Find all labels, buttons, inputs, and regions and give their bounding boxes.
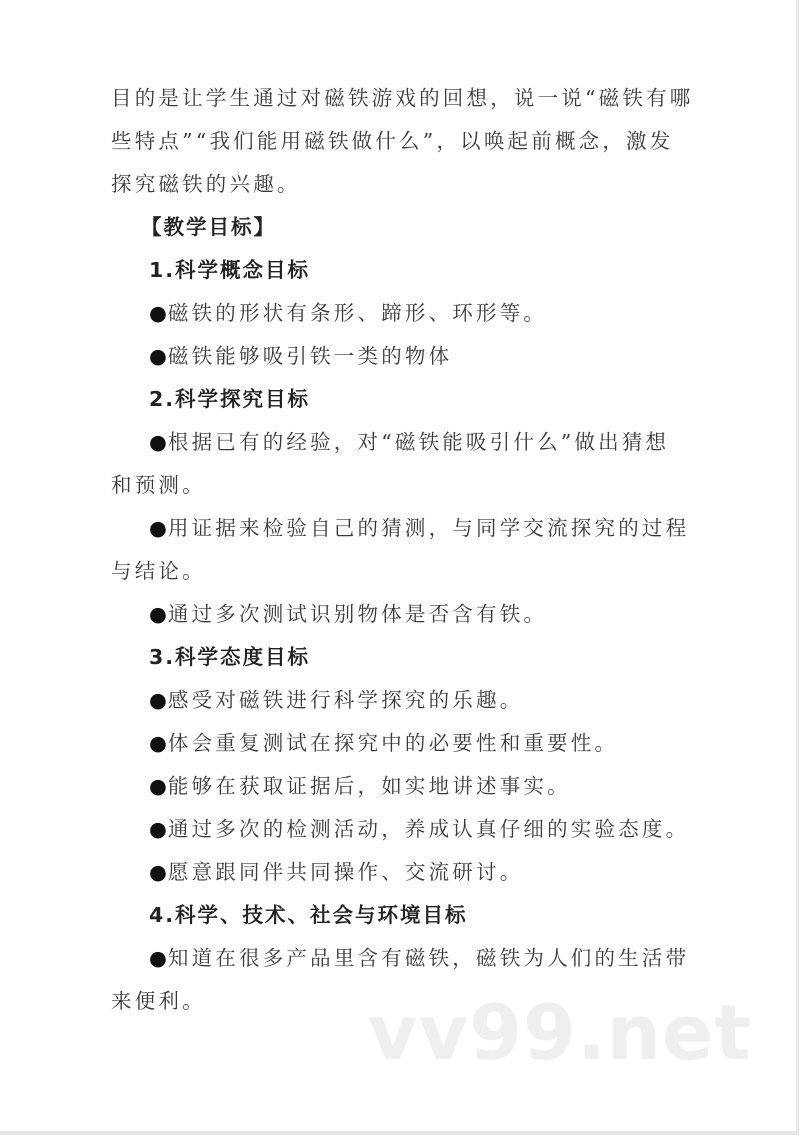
list-item: ●根据已有的经验，对“磁铁能吸引什么”做出猜想: [149, 428, 669, 456]
list-item: ●通过多次测试识别物体是否含有铁。: [149, 600, 547, 628]
bullet-icon: ●: [149, 344, 167, 368]
bullet-icon: ●: [149, 817, 167, 841]
list-item-continuation: 与结论。: [111, 557, 206, 585]
intro-line: 目的是让学生通过对磁铁游戏的回想，说一说“磁铁有哪: [111, 84, 693, 112]
section-heading-3: 3.科学态度目标: [149, 643, 310, 671]
list-item-continuation: 和预测。: [111, 471, 206, 499]
list-item-text: 知道在很多产品里含有磁铁，磁铁为人们的生活带: [168, 946, 689, 970]
list-item-text: 感受对磁铁进行科学探究的乐趣。: [168, 688, 524, 712]
bullet-icon: ●: [149, 946, 167, 970]
list-item-text: 用证据来检验自己的猜测，与同学交流探究的过程: [168, 516, 689, 540]
section-title: 【教学目标】: [141, 213, 276, 241]
bullet-icon: ●: [149, 430, 167, 454]
list-item: ●感受对磁铁进行科学探究的乐趣。: [149, 686, 523, 714]
intro-line: 探究磁铁的兴趣。: [111, 170, 301, 198]
list-item: ●体会重复测试在探究中的必要性和重要性。: [149, 729, 618, 757]
list-item-text: 通过多次测试识别物体是否含有铁。: [168, 602, 547, 626]
document-page: 目的是让学生通过对磁铁游戏的回想，说一说“磁铁有哪 些特点”“我们能用磁铁做什么…: [0, 0, 799, 1135]
bullet-icon: ●: [149, 731, 167, 755]
bullet-icon: ●: [149, 860, 167, 884]
list-item-text: 体会重复测试在探究中的必要性和重要性。: [168, 731, 618, 755]
list-item-text: 磁铁能够吸引铁一类的物体: [168, 344, 452, 368]
list-item: ●磁铁能够吸引铁一类的物体: [149, 342, 452, 370]
list-item: ●通过多次的检测活动，养成认真仔细的实验态度。: [149, 815, 689, 843]
list-item: ●知道在很多产品里含有磁铁，磁铁为人们的生活带: [149, 944, 689, 972]
list-item-continuation: 来便利。: [111, 987, 206, 1015]
section-heading-4: 4.科学、技术、社会与环境目标: [149, 901, 468, 929]
intro-line: 些特点”“我们能用磁铁做什么”，以唤起前概念，激发: [111, 127, 673, 155]
list-item-text: 愿意跟同伴共同操作、交流研讨。: [168, 860, 524, 884]
section-heading-1: 1.科学概念目标: [149, 256, 310, 284]
bullet-icon: ●: [149, 774, 167, 798]
bullet-icon: ●: [149, 301, 167, 325]
list-item-text: 能够在获取证据后，如实地讲述事实。: [168, 774, 571, 798]
list-item: ●磁铁的形状有条形、蹄形、环形等。: [149, 299, 547, 327]
list-item: ●愿意跟同伴共同操作、交流研讨。: [149, 858, 523, 886]
bullet-icon: ●: [149, 688, 167, 712]
bullet-icon: ●: [149, 602, 167, 626]
bullet-icon: ●: [149, 516, 167, 540]
section-heading-2: 2.科学探究目标: [149, 385, 310, 413]
list-item-text: 根据已有的经验，对“磁铁能吸引什么”做出猜想: [168, 430, 669, 454]
list-item: ●能够在获取证据后，如实地讲述事实。: [149, 772, 571, 800]
list-item: ●用证据来检验自己的猜测，与同学交流探究的过程: [149, 514, 689, 542]
list-item-text: 磁铁的形状有条形、蹄形、环形等。: [168, 301, 547, 325]
list-item-text: 通过多次的检测活动，养成认真仔细的实验态度。: [168, 817, 689, 841]
watermark: vv99.net: [368, 995, 752, 1071]
